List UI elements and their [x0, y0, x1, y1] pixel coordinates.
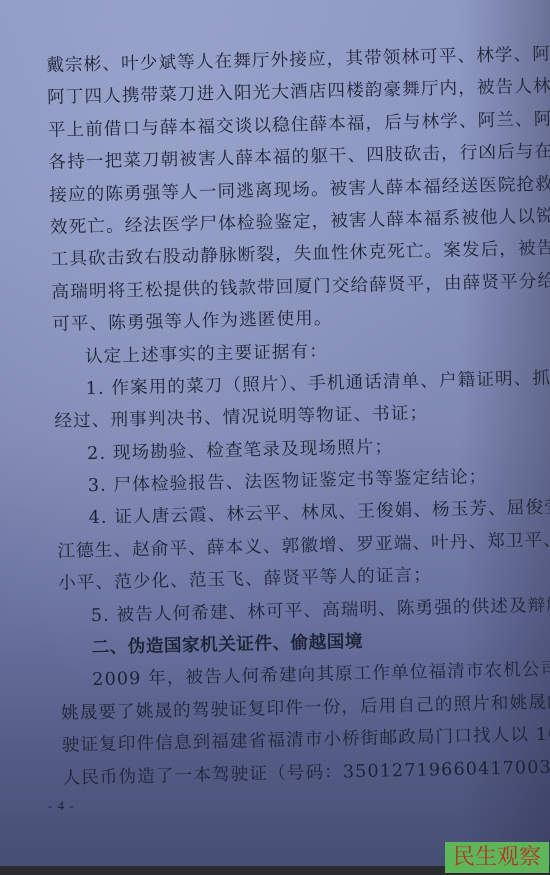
watermark-logo: 民生观察 [445, 842, 549, 873]
document-page: 戴宗彬、叶少斌等人在舞厅外接应，其带领林可平、林学、阿兰、 阿丁四人携带菜刀进入… [46, 40, 523, 795]
page-number: - 4 - [48, 798, 75, 814]
